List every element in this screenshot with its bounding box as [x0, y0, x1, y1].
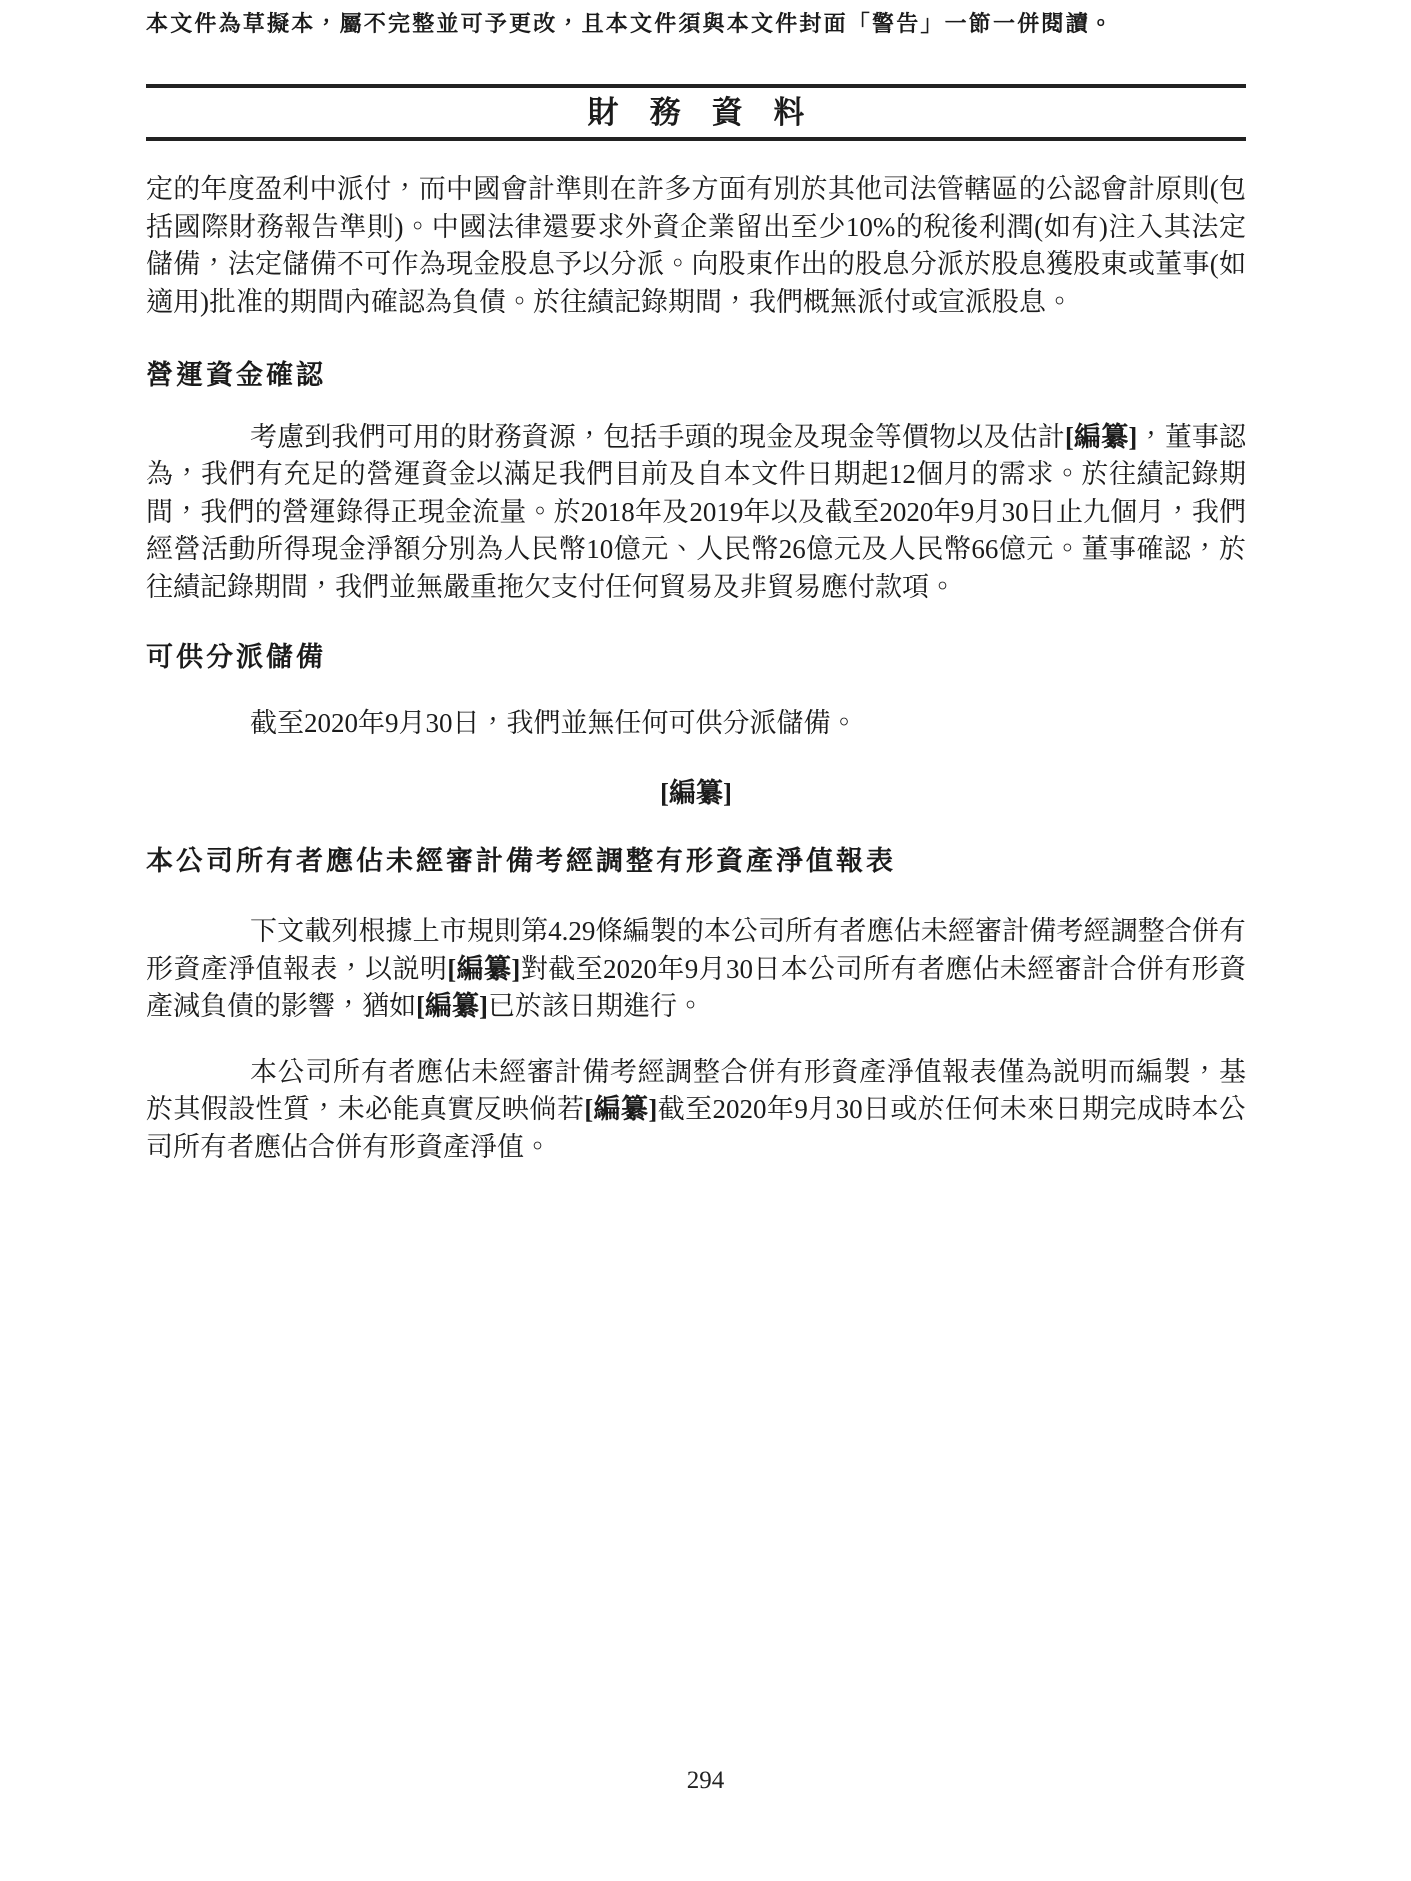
draft-disclaimer: 本文件為草擬本，屬不完整並可予更改，且本文件須與本文件封面「警告」一節一併閱讀。 [146, 0, 1246, 36]
page-number: 294 [0, 1766, 1411, 1796]
heading-working-capital: 營運資金確認 [146, 357, 1246, 395]
paragraph-distributable-reserves: 截至2020年9月30日，我們並無任何可供分派儲備。 [146, 705, 1246, 743]
heading-pro-forma-statement: 本公司所有者應佔未經審計備考經調整有形資產淨值報表 [146, 843, 1246, 881]
page-title: 財務資料 [146, 88, 1246, 137]
header-rule-bottom [146, 137, 1246, 141]
paragraph-pro-forma-2: 本公司所有者應佔未經審計備考經調整合併有形資產淨值報表僅為説明而編製，基於其假設… [146, 1054, 1246, 1167]
paragraph-pro-forma-1: 下文載列根據上市規則第4.29條編製的本公司所有者應佔未經審計備考經調整合併有形… [146, 913, 1246, 1026]
paragraph-working-capital: 考慮到我們可用的財務資源，包括手頭的現金及現金等價物以及估計[編纂]，董事認為，… [146, 419, 1246, 607]
page-content: 本文件為草擬本，屬不完整並可予更改，且本文件須與本文件封面「警告」一節一併閱讀。… [146, 0, 1246, 1166]
document-page: 本文件為草擬本，屬不完整並可予更改，且本文件須與本文件封面「警告」一節一併閱讀。… [0, 0, 1411, 1881]
paragraph-carryover: 定的年度盈利中派付，而中國會計準則在許多方面有別於其他司法管轄區的公認會計原則(… [146, 171, 1246, 321]
edit-note: [編纂] [146, 775, 1246, 813]
heading-distributable-reserves: 可供分派儲備 [146, 639, 1246, 677]
